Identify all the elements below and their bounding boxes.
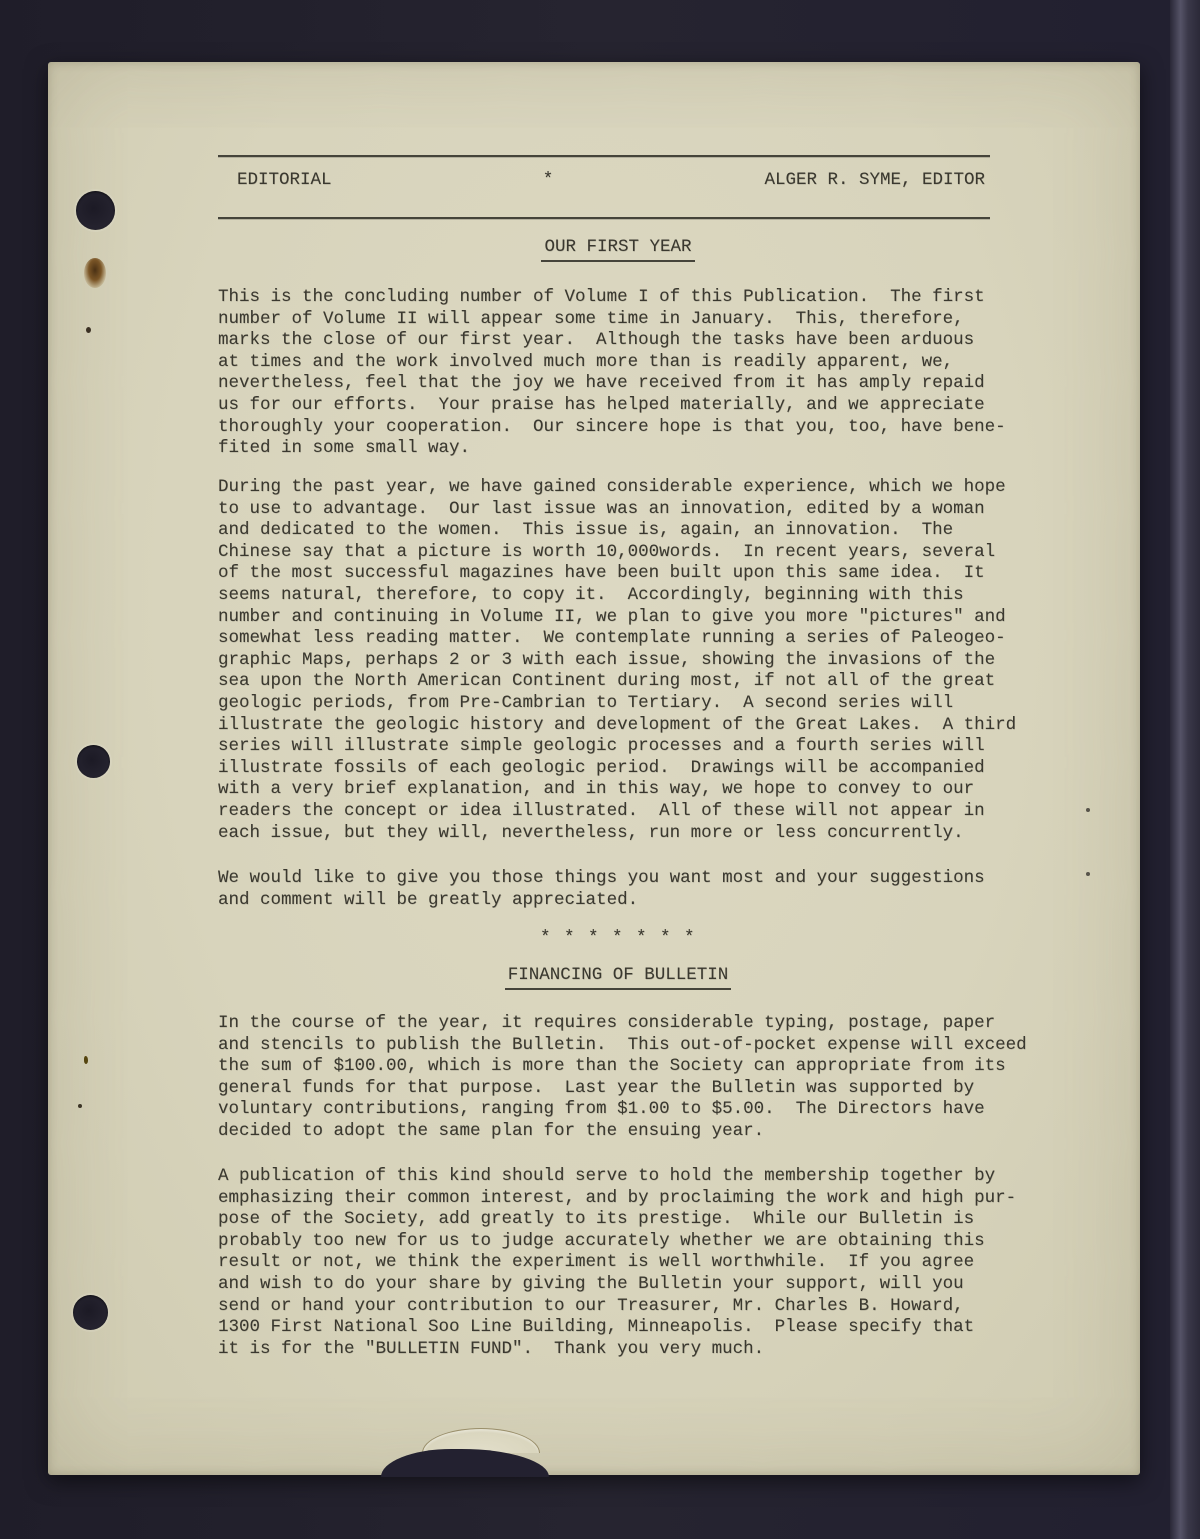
scanner-edge (1170, 0, 1200, 1539)
document-page: EDITORIAL * ALGER R. SYME, EDITOR OUR FI… (48, 62, 1140, 1475)
paragraph: A publication of this kind should serve … (218, 1166, 1016, 1360)
paper-speck (78, 1104, 82, 1108)
hole-punch-bottom (73, 1295, 108, 1330)
paragraph: We would like to give you those things y… (218, 868, 985, 911)
header-rule-bottom (218, 217, 990, 219)
section-title-financing: FINANCING OF BULLETIN (218, 965, 1018, 985)
hole-punch-top (76, 191, 115, 230)
paragraph: During the past year, we have gained con… (218, 477, 1016, 844)
hole-punch-middle (77, 745, 110, 778)
header-center-asterisk: * (543, 170, 554, 190)
section-title-our-first-year: OUR FIRST YEAR (218, 237, 1018, 257)
paper-stain (84, 258, 106, 288)
paragraph: In the course of the year, it requires c… (218, 1013, 1027, 1143)
paper-speck (84, 1056, 88, 1064)
page-header: EDITORIAL * ALGER R. SYME, EDITOR (218, 170, 990, 190)
paper-speck (1086, 808, 1090, 812)
header-rule-top (218, 155, 990, 157)
paper-speck (1086, 872, 1090, 876)
header-editor-credit: ALGER R. SYME, EDITOR (764, 170, 990, 190)
paper-speck (86, 327, 91, 333)
asterisk-divider: * * * * * * * (218, 928, 1018, 948)
paragraph: This is the concluding number of Volume … (218, 287, 1006, 460)
bottom-edge-notch (381, 1449, 549, 1477)
header-left-label: EDITORIAL (218, 170, 332, 190)
